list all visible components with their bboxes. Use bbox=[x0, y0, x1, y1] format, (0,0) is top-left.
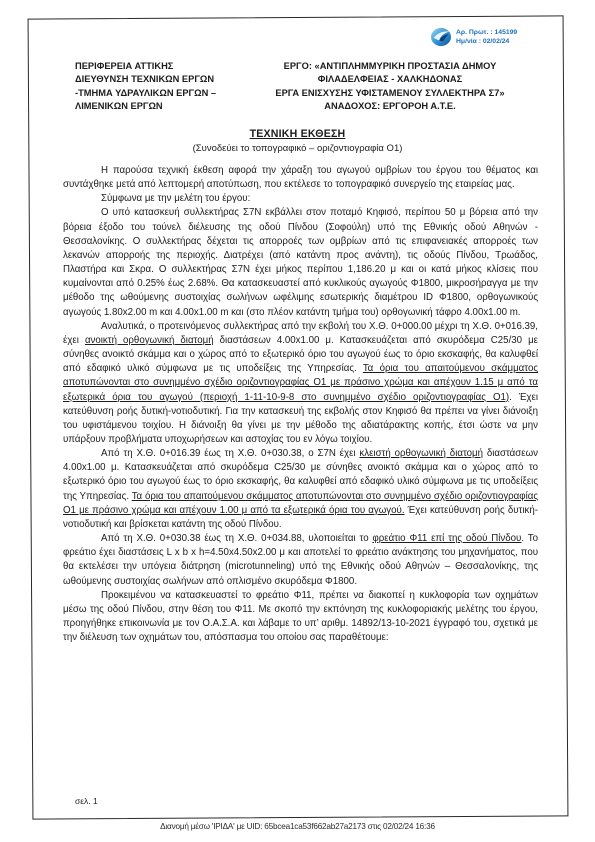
project-line-4: ΑΝΑΔΟΧΟΣ: ΕΡΓΟΡΟΗ Α.Τ.Ε. bbox=[270, 100, 510, 113]
project-line-2: ΦΙΛΑΔΕΛΦΕΙΑΣ - ΧΑΛΚΗΔΟΝΑΣ bbox=[270, 73, 510, 86]
irida-logo-icon bbox=[430, 27, 452, 47]
paragraph-7: Προκειμένου να κατασκευαστεί το φρεάτιο … bbox=[63, 589, 538, 646]
protocol-text: Αρ. Πρωτ. : 145199 Ημ/νία : 02/02/24 bbox=[456, 28, 517, 46]
protocol-number: Αρ. Πρωτ. : 145199 bbox=[456, 28, 517, 37]
issuing-authority-block: ΠΕΡΙΦΕΡΕΙΑ ΑΤΤΙΚΗΣ ΔΙΕΥΘΥΝΣΗ ΤΕΧΝΙΚΩΝ ΕΡ… bbox=[75, 60, 216, 113]
text-segment: Προκειμένου να κατασκευαστεί το φρεάτιο … bbox=[63, 590, 538, 643]
text-segment: Από τη Χ.Θ. 0+030.38 έως τη Χ.Θ. 0+034.8… bbox=[101, 533, 372, 544]
underlined-text-segment: κλειστή ορθογωνική διατομή bbox=[359, 448, 483, 459]
project-info-block: ΕΡΓΟ: «ΑΝΤΙΠΛΗΜΜΥΡΙΚΗ ΠΡΟΣΤΑΣΙΑ ΔΗΜΟΥ ΦΙ… bbox=[270, 60, 510, 113]
underlined-text-segment: ανοικτή ορθογωνική διατομή bbox=[85, 335, 214, 346]
protocol-date: Ημ/νία : 02/02/24 bbox=[456, 37, 517, 46]
page-number: σελ. 1 bbox=[75, 796, 98, 806]
paragraph-5: Από τη Χ.Θ. 0+016.39 έως τη Χ.Θ. 0+030.3… bbox=[63, 447, 538, 532]
paragraph-2: Σύμφωνα με την μελέτη του έργου: bbox=[63, 192, 538, 206]
text-segment: Σύμφωνα με την μελέτη του έργου: bbox=[101, 193, 250, 204]
document-title: ΤΕΧΝΙΚΗ ΕΚΘΕΣΗ bbox=[0, 128, 595, 140]
project-line-3: ΕΡΓΑ ΕΝΙΣΧΥΣΗΣ ΥΦΙΣΤΑΜΕΝΟΥ ΣΥΛΛΕΚΤΗΡΑ Σ7… bbox=[270, 87, 510, 100]
authority-line-1: ΠΕΡΙΦΕΡΕΙΑ ΑΤΤΙΚΗΣ bbox=[75, 60, 216, 73]
paragraph-1: Η παρούσα τεχνική έκθεση αφορά την χάραξ… bbox=[63, 164, 538, 192]
paragraph-4: Αναλυτικά, ο προτεινόμενος συλλεκτήρας α… bbox=[63, 320, 538, 447]
authority-line-2: ΔΙΕΥΘΥΝΣΗ ΤΕΧΝΙΚΩΝ ΕΡΓΩΝ bbox=[75, 73, 216, 86]
text-segment: Η παρούσα τεχνική έκθεση αφορά την χάραξ… bbox=[63, 165, 538, 190]
text-segment: Από τη Χ.Θ. 0+016.39 έως τη Χ.Θ. 0+030.3… bbox=[101, 448, 359, 459]
document-page: Αρ. Πρωτ. : 145199 Ημ/νία : 02/02/24 ΠΕΡ… bbox=[0, 0, 595, 842]
document-body: Η παρούσα τεχνική έκθεση αφορά την χάραξ… bbox=[63, 164, 538, 645]
distribution-stamp: Διανομή μέσω 'ΙΡΙΔΑ' με UID: 65bcea1ca53… bbox=[0, 822, 595, 831]
protocol-stamp: Αρ. Πρωτ. : 145199 Ημ/νία : 02/02/24 bbox=[430, 27, 517, 47]
title-block: ΤΕΧΝΙΚΗ ΕΚΘΕΣΗ (Συνοδεύει το τοπογραφικό… bbox=[0, 128, 595, 154]
paragraph-6: Από τη Χ.Θ. 0+030.38 έως τη Χ.Θ. 0+034.8… bbox=[63, 532, 538, 589]
project-line-1: ΕΡΓΟ: «ΑΝΤΙΠΛΗΜΜΥΡΙΚΗ ΠΡΟΣΤΑΣΙΑ ΔΗΜΟΥ bbox=[270, 60, 510, 73]
paragraph-3: Ο υπό κατασκευή συλλεκτήρας Σ7Ν εκβάλλει… bbox=[63, 206, 538, 319]
underlined-text-segment: φρεάτιο Φ11 επί της οδού Πίνδου bbox=[372, 533, 521, 544]
authority-line-3: -ΤΜΗΜΑ ΥΔΡΑΥΛΙΚΩΝ ΕΡΓΩΝ – bbox=[75, 87, 216, 100]
document-subtitle: (Συνοδεύει το τοπογραφικό – οριζοντιογρα… bbox=[0, 143, 595, 154]
text-segment: Ο υπό κατασκευή συλλεκτήρας Σ7Ν εκβάλλει… bbox=[63, 207, 538, 317]
authority-line-4: ΛΙΜΕΝΙΚΩΝ ΕΡΓΩΝ bbox=[75, 100, 216, 113]
